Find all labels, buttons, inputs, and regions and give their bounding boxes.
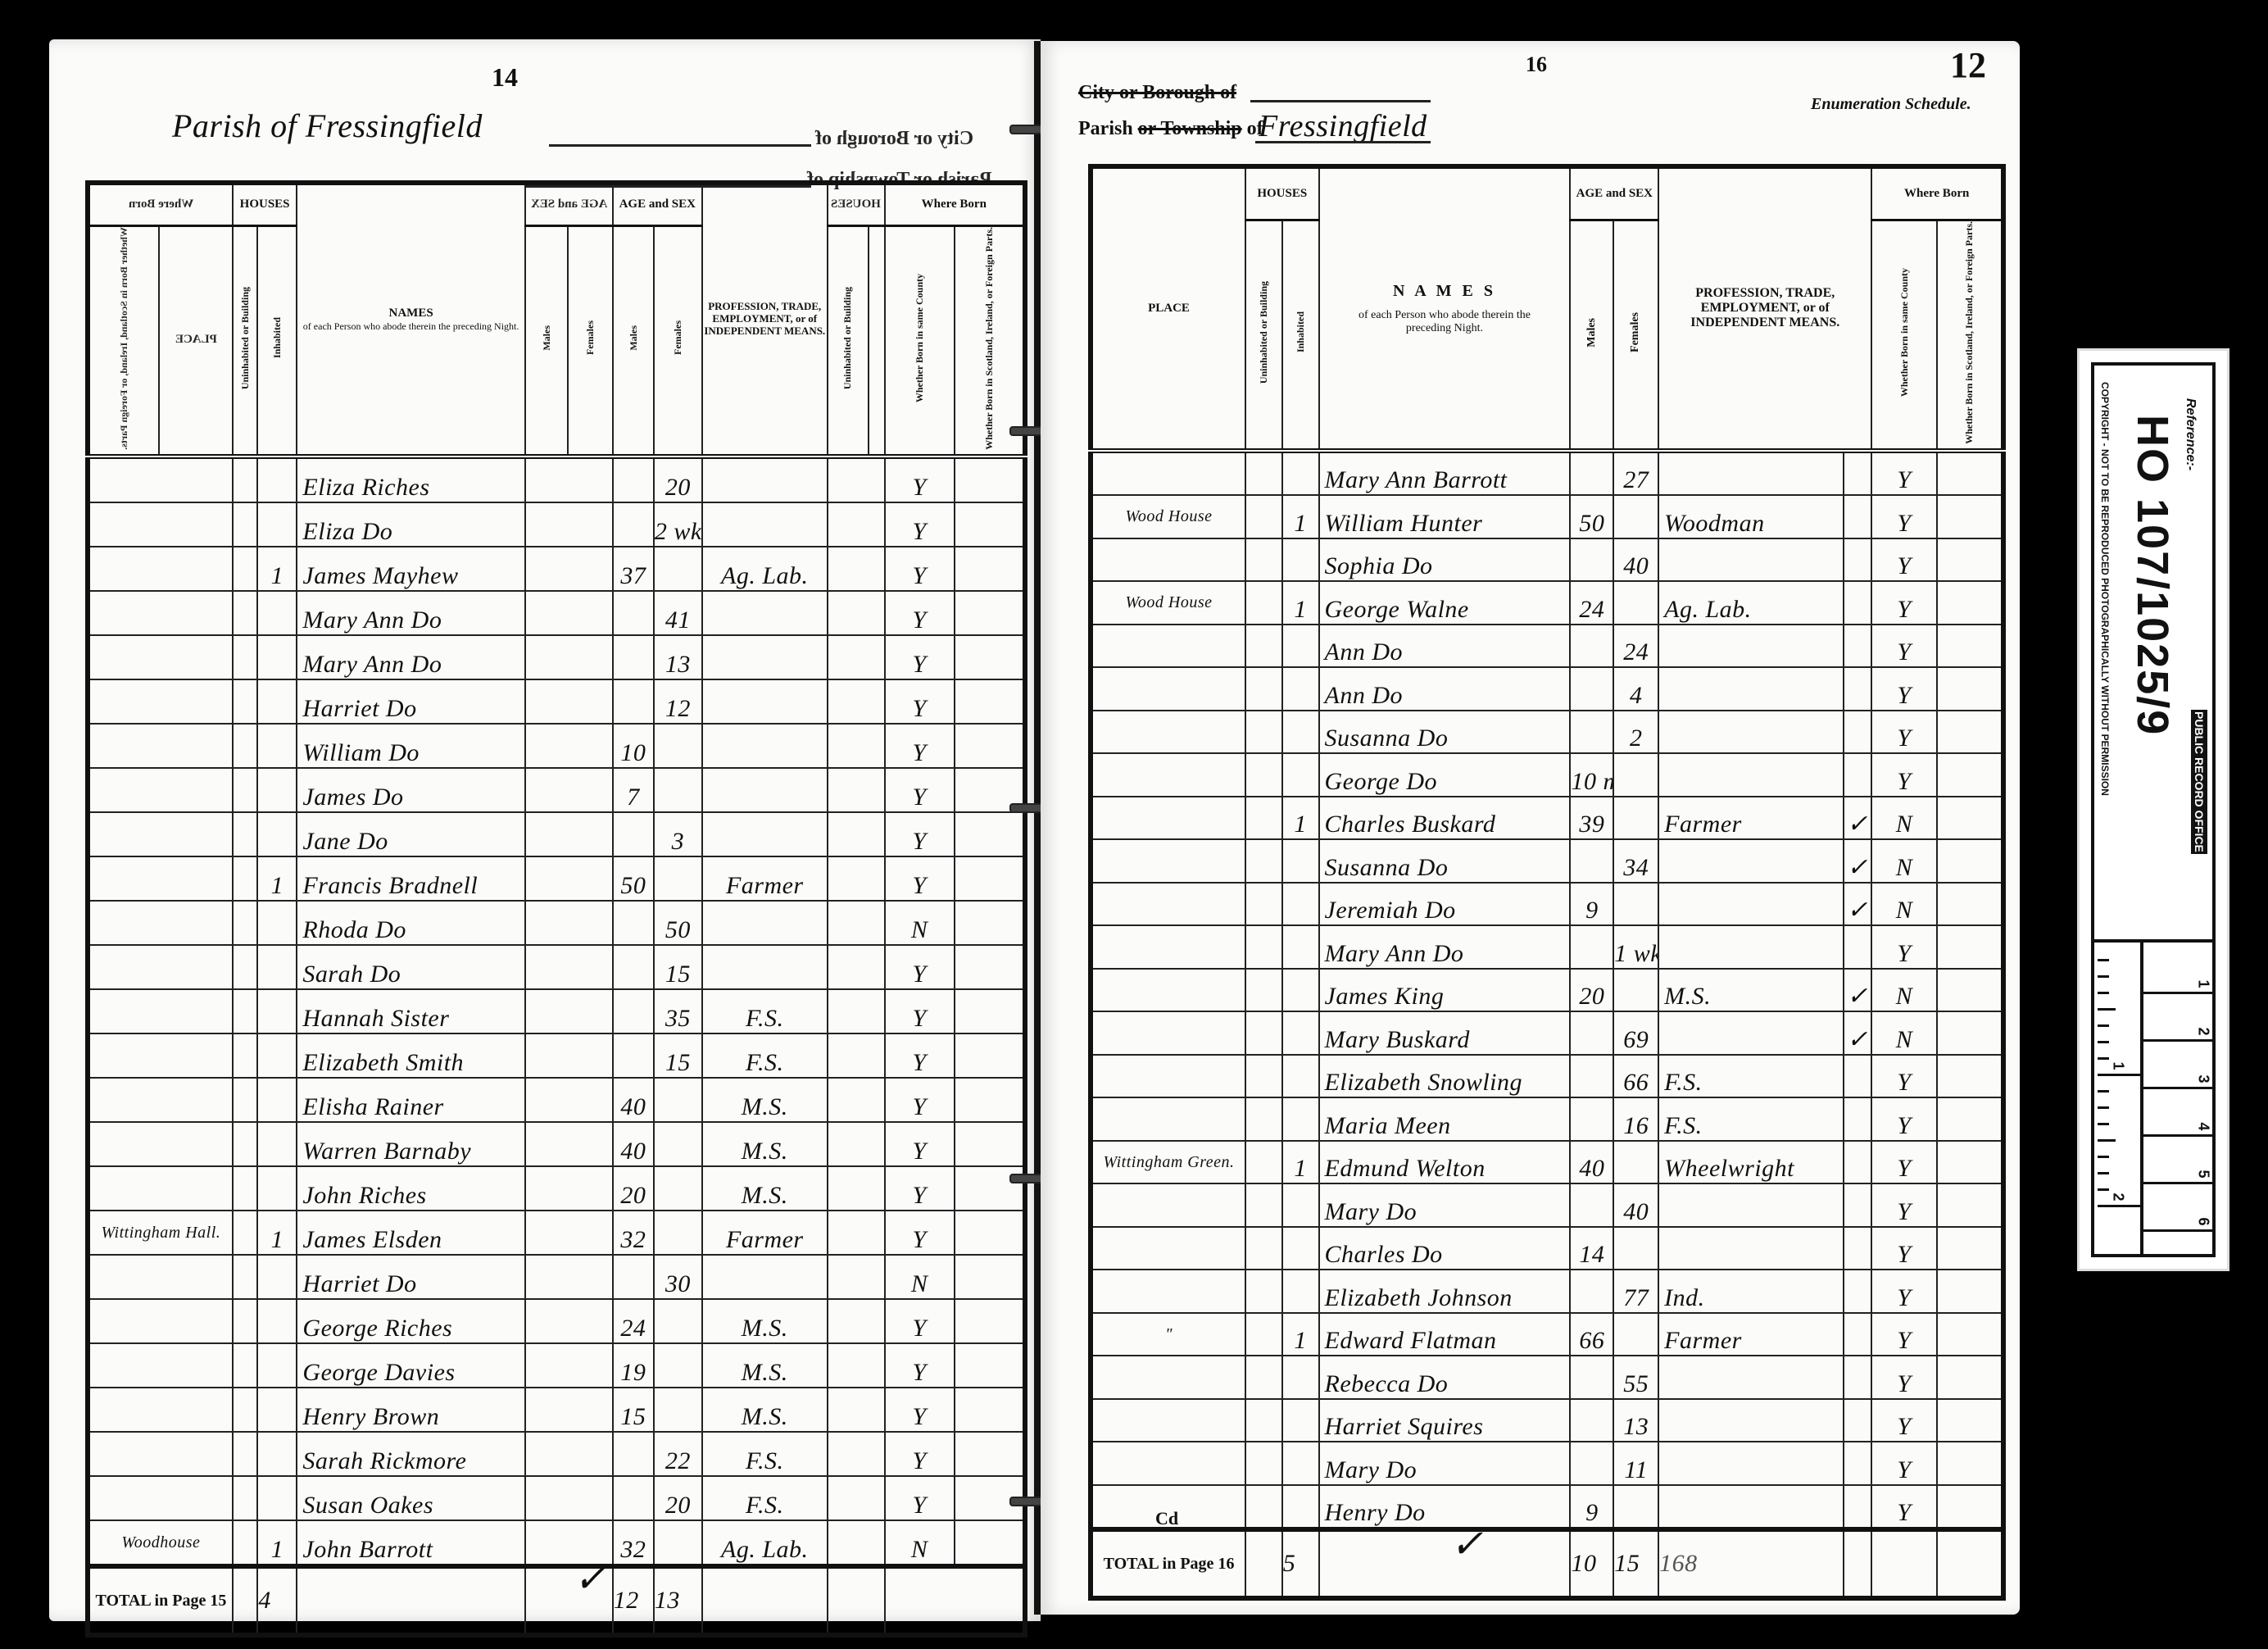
born-foreign-cell: [1937, 1485, 2003, 1530]
header-where-born-mirror: Where Born: [88, 183, 233, 225]
uninhabited-cell: [233, 1388, 258, 1432]
profession-cell: [702, 768, 828, 812]
uninhabited-cell: [1245, 538, 1282, 582]
check-mark-cell: [1844, 1399, 1872, 1442]
female-age-cell: [654, 1122, 702, 1166]
blank-cell: [525, 679, 613, 724]
born-foreign-cell: [955, 1255, 1025, 1299]
blank-cell: [525, 1166, 613, 1211]
blank-cell: [828, 989, 885, 1033]
name-cell: Jane Do: [297, 812, 524, 856]
male-age-cell: [613, 457, 654, 502]
check-mark-cell: [1844, 1183, 1872, 1227]
blank-cell: [525, 724, 613, 768]
table-row: Sarah Rickmore22F.S.Y: [88, 1432, 1025, 1476]
profession-cell: [1658, 925, 1844, 969]
inhabited-cell: [257, 1476, 297, 1520]
born-same-county-cell: Y: [1871, 925, 1936, 969]
inhabited-cell: [1282, 538, 1319, 582]
name-cell: Charles Do: [1319, 1227, 1571, 1270]
scale-ruler: 1 2 1 2 3 4 5 6: [2094, 939, 2212, 1254]
place-cell: [1091, 1097, 1245, 1141]
inhabited-cell: [257, 679, 297, 724]
blank-cell: [828, 856, 885, 901]
table-row: Henry Brown15M.S.Y: [88, 1388, 1025, 1432]
header-names: NAMESof each Person who abode therein th…: [297, 183, 524, 457]
born-same-county-cell: Y: [1871, 711, 1936, 754]
male-age-cell: [1570, 1399, 1613, 1442]
male-age-cell: [1570, 711, 1613, 754]
female-age-cell: [654, 1343, 702, 1388]
uninhabited-cell: [233, 1520, 258, 1566]
profession-cell: [1658, 883, 1844, 926]
male-age-cell: [613, 1432, 654, 1476]
uninhabited-cell: [1245, 1011, 1282, 1055]
inhabited-cell: [1282, 451, 1319, 496]
born-foreign-cell: [1937, 625, 2003, 668]
born-foreign-cell: [955, 1211, 1025, 1255]
born-foreign-cell: [1937, 1141, 2003, 1184]
name-cell: Eliza Do: [297, 502, 524, 547]
name-cell: Elizabeth Snowling: [1319, 1055, 1571, 1098]
place-cell: [88, 457, 233, 502]
name-cell: Edward Flatman: [1319, 1313, 1571, 1356]
inhabited-cell: [1282, 625, 1319, 668]
male-age-cell: 24: [613, 1299, 654, 1343]
name-cell: Harriet Squires: [1319, 1399, 1571, 1442]
uninhabited-cell: [233, 945, 258, 989]
male-age-cell: [613, 502, 654, 547]
name-cell: George Walne: [1319, 581, 1571, 625]
uninhabited-cell: [233, 591, 258, 635]
table-row: George Do10 mthsY: [1091, 753, 2003, 797]
inhabited-cell: [1282, 1011, 1319, 1055]
header-females: Females: [1613, 220, 1658, 451]
born-foreign-cell: [1937, 495, 2003, 538]
inhabited-cell: [257, 1388, 297, 1432]
born-same-county-cell: Y: [1871, 1055, 1936, 1098]
place-cell: [1091, 839, 1245, 883]
city-or-borough-label: City or Borough of: [815, 128, 973, 150]
inhabited-cell: [1282, 1097, 1319, 1141]
blank-cell: [828, 1343, 885, 1388]
blank-cell: [525, 768, 613, 812]
profession-cell: [1658, 1227, 1844, 1270]
uninhabited-cell: [1245, 883, 1282, 926]
born-same-county-cell: Y: [1871, 1442, 1936, 1485]
born-same-county-cell: Y: [1871, 1313, 1936, 1356]
profession-cell: [1658, 1399, 1844, 1442]
profession-cell: Woodman: [1658, 495, 1844, 538]
born-foreign-cell: [1937, 667, 2003, 711]
place-cell: [88, 635, 233, 679]
place-cell: [88, 1033, 233, 1078]
blank-cell: [525, 901, 613, 945]
male-age-cell: [1570, 925, 1613, 969]
uninhabited-cell: [233, 547, 258, 591]
inhabited-cell: [1282, 711, 1319, 754]
male-age-cell: [1570, 1270, 1613, 1313]
female-age-cell: 13: [654, 635, 702, 679]
check-mark-cell: [1844, 711, 1872, 754]
inhabited-cell: [1282, 883, 1319, 926]
born-foreign-cell: [1937, 451, 2003, 496]
place-cell: [88, 679, 233, 724]
uninhabited-cell: [1245, 753, 1282, 797]
table-row: 1Francis Bradnell50FarmerY: [88, 856, 1025, 901]
profession-cell: Wheelwright: [1658, 1141, 1844, 1184]
inhabited-cell: [257, 591, 297, 635]
blank-cell: [828, 1211, 885, 1255]
born-same-county-cell: Y: [1871, 581, 1936, 625]
female-age-cell: 1 wk: [1613, 925, 1658, 969]
name-cell: Mary Ann Do: [297, 591, 524, 635]
name-cell: William Do: [297, 724, 524, 768]
blank-cell: [828, 1078, 885, 1122]
inhabited-cell: 1: [1282, 797, 1319, 840]
female-age-cell: 55: [1613, 1356, 1658, 1399]
male-age-cell: [613, 635, 654, 679]
profession-cell: [1658, 753, 1844, 797]
page-number: 14: [492, 62, 518, 93]
profession-cell: F.S.: [702, 1476, 828, 1520]
born-foreign-cell: [955, 1078, 1025, 1122]
blank-cell: [828, 547, 885, 591]
name-cell: Susanna Do: [1319, 839, 1571, 883]
blank-cell: [525, 989, 613, 1033]
born-foreign-cell: [1937, 1097, 2003, 1141]
header-females-mirror: Females: [568, 225, 613, 457]
born-foreign-cell: [1937, 1055, 2003, 1098]
born-same-county-cell: N: [1871, 883, 1936, 926]
born-foreign-cell: [1937, 1313, 2003, 1356]
male-age-cell: [1570, 839, 1613, 883]
born-same-county-cell: Y: [885, 1166, 955, 1211]
name-cell: Mary Ann Do: [297, 635, 524, 679]
born-foreign-cell: [955, 1122, 1025, 1166]
inhabited-cell: [1282, 925, 1319, 969]
place-cell: [88, 989, 233, 1033]
male-age-cell: [1570, 1055, 1613, 1098]
table-row: Harriet Squires13Y: [1091, 1399, 2003, 1442]
name-cell: James King: [1319, 969, 1571, 1012]
table-row: Ann Do4Y: [1091, 667, 2003, 711]
place-cell: [88, 547, 233, 591]
header-profession: PROFESSION, TRADE, EMPLOYMENT, or of IND…: [702, 183, 828, 457]
female-age-cell: [654, 1166, 702, 1211]
table-row: Henry Do9Y: [1091, 1485, 2003, 1530]
uninhabited-cell: [1245, 797, 1282, 840]
profession-cell: M.S.: [702, 1078, 828, 1122]
table-row: Sophia Do40Y: [1091, 538, 2003, 582]
table-row: Sarah Do15Y: [88, 945, 1025, 989]
male-age-cell: 20: [613, 1166, 654, 1211]
male-age-cell: 40: [613, 1078, 654, 1122]
born-same-county-cell: N: [885, 1520, 955, 1566]
table-row: Charles Do14Y: [1091, 1227, 2003, 1270]
place-cell: Wittingham Green.: [1091, 1141, 1245, 1184]
blank-cell: [828, 1255, 885, 1299]
female-age-cell: [1613, 797, 1658, 840]
place-cell: [1091, 1011, 1245, 1055]
folio-number: 12: [1950, 44, 1986, 86]
table-row: 1Charles Buskard39Farmer✓N: [1091, 797, 2003, 840]
place-cell: [1091, 1442, 1245, 1485]
male-age-cell: [613, 1033, 654, 1078]
place-cell: [88, 1432, 233, 1476]
name-cell: John Barrott: [297, 1520, 524, 1566]
table-row: Mary Ann Barrott27Y: [1091, 451, 2003, 496]
inhabited-cell: 1: [257, 856, 297, 901]
female-age-cell: [654, 768, 702, 812]
place-cell: [1091, 969, 1245, 1012]
female-age-cell: 15: [654, 945, 702, 989]
right-census-page: 16 12 City or Borough of Parish or Towns…: [1041, 41, 2020, 1615]
name-cell: Rhoda Do: [297, 901, 524, 945]
uninhabited-cell: [1245, 495, 1282, 538]
table-row: James King20M.S.✓N: [1091, 969, 2003, 1012]
female-age-cell: 2 wk: [654, 502, 702, 547]
blank-cell: [828, 1299, 885, 1343]
male-age-cell: 50: [1570, 495, 1613, 538]
inhabited-cell: 1: [257, 547, 297, 591]
uninhabited-cell: [1245, 581, 1282, 625]
header-profession: PROFESSION, TRADE, EMPLOYMENT, or of IND…: [1658, 166, 1871, 451]
male-age-cell: [1570, 1442, 1613, 1485]
male-age-cell: [613, 1255, 654, 1299]
left-census-table: Where Born HOUSES NAMESof each Person wh…: [85, 180, 1027, 1638]
header-place: PLACE: [159, 225, 233, 457]
blank-cell: [525, 457, 613, 502]
inhabited-cell: [257, 1299, 297, 1343]
blank-cell: [525, 1078, 613, 1122]
place-cell: Woodhouse: [88, 1520, 233, 1566]
reference-card: Reference:- HO 107/1025/9 PUBLIC RECORD …: [2077, 348, 2229, 1271]
uninhabited-cell: [233, 1432, 258, 1476]
check-mark-cell: [1844, 1227, 1872, 1270]
profession-cell: [702, 502, 828, 547]
born-same-county-cell: N: [885, 1255, 955, 1299]
name-cell: Mary Do: [1319, 1442, 1571, 1485]
male-age-cell: [1570, 451, 1613, 496]
inhabited-cell: [1282, 667, 1319, 711]
place-cell: [1091, 1270, 1245, 1313]
page-number: 16: [1526, 52, 1547, 77]
header-uninhabited: Uninhabited or Building: [1245, 220, 1282, 451]
name-cell: Francis Bradnell: [297, 856, 524, 901]
male-age-cell: [613, 1476, 654, 1520]
born-foreign-cell: [955, 989, 1025, 1033]
inhabited-cell: 1: [1282, 1141, 1319, 1184]
uninhabited-cell: [233, 1122, 258, 1166]
place-cell: [1091, 538, 1245, 582]
name-cell: James Elsden: [297, 1211, 524, 1255]
born-same-county-cell: Y: [885, 1476, 955, 1520]
born-foreign-cell: [1937, 969, 2003, 1012]
profession-cell: [702, 901, 828, 945]
female-age-cell: [1613, 883, 1658, 926]
name-cell: John Riches: [297, 1166, 524, 1211]
uninhabited-cell: [1245, 451, 1282, 496]
male-age-cell: 10: [613, 724, 654, 768]
born-same-county-cell: Y: [1871, 451, 1936, 496]
place-cell: [88, 1476, 233, 1520]
table-row: Mary Ann Do13Y: [88, 635, 1025, 679]
table-row: Susan Oakes20F.S.Y: [88, 1476, 1025, 1520]
header-uninhabited: Uninhabited or Building: [233, 225, 258, 457]
born-same-county-cell: Y: [885, 856, 955, 901]
born-same-county-cell: Y: [885, 724, 955, 768]
profession-cell: F.S.: [1658, 1097, 1844, 1141]
name-cell: Sarah Rickmore: [297, 1432, 524, 1476]
total-label: TOTAL in Page 16: [1091, 1529, 1245, 1598]
profession-cell: M.S.: [702, 1122, 828, 1166]
place-cell: [1091, 667, 1245, 711]
table-row: Elizabeth Snowling66F.S.Y: [1091, 1055, 2003, 1098]
table-row: John Riches20M.S.Y: [88, 1166, 1025, 1211]
born-same-county-cell: Y: [885, 945, 955, 989]
uninhabited-cell: [1245, 1097, 1282, 1141]
male-age-cell: 40: [613, 1122, 654, 1166]
profession-cell: F.S.: [702, 1432, 828, 1476]
female-age-cell: 66: [1613, 1055, 1658, 1098]
inhabited-cell: [1282, 1442, 1319, 1485]
female-age-cell: [1613, 969, 1658, 1012]
uninhabited-cell: [1245, 1313, 1282, 1356]
blank-cell: [525, 502, 613, 547]
name-cell: Hannah Sister: [297, 989, 524, 1033]
profession-cell: [1658, 1356, 1844, 1399]
female-age-cell: [1613, 581, 1658, 625]
blank-cell: [525, 1432, 613, 1476]
born-foreign-cell: [1937, 1183, 2003, 1227]
female-age-cell: 4: [1613, 667, 1658, 711]
male-age-cell: 20: [1570, 969, 1613, 1012]
inhabited-cell: [257, 1122, 297, 1166]
uninhabited-cell: [233, 1166, 258, 1211]
born-foreign-cell: [1937, 797, 2003, 840]
profession-cell: [1658, 839, 1844, 883]
born-same-county-cell: N: [1871, 969, 1936, 1012]
female-age-cell: [654, 1520, 702, 1566]
male-age-cell: [613, 591, 654, 635]
born-foreign-cell: [955, 457, 1025, 502]
check-mark-cell: [1844, 1313, 1872, 1356]
blank-cell: [525, 1211, 613, 1255]
born-foreign-cell: [955, 724, 1025, 768]
header-males-mirror: Males: [525, 225, 568, 457]
born-foreign-cell: [1937, 883, 2003, 926]
born-same-county-cell: Y: [885, 1432, 955, 1476]
female-age-cell: 20: [654, 457, 702, 502]
profession-cell: [702, 724, 828, 768]
inhabited-cell: [257, 1166, 297, 1211]
inhabited-cell: [1282, 1055, 1319, 1098]
female-age-cell: 16: [1613, 1097, 1658, 1141]
born-foreign-cell: [1937, 839, 2003, 883]
blank-cell: [828, 591, 885, 635]
profession-cell: [702, 945, 828, 989]
blank-cell: [525, 1033, 613, 1078]
inhabited-cell: [1282, 839, 1319, 883]
female-age-cell: [1613, 1227, 1658, 1270]
table-row: Mary Buskard69✓N: [1091, 1011, 2003, 1055]
born-same-county-cell: N: [1871, 797, 1936, 840]
male-age-cell: 40: [1570, 1141, 1613, 1184]
male-age-cell: 7: [613, 768, 654, 812]
header-same-county: Whether Born in same County: [1871, 220, 1936, 451]
uninhabited-cell: [1245, 925, 1282, 969]
inhabited-cell: [1282, 1485, 1319, 1530]
header-scotland: Whether Born in Scotland, Ireland, or Fo…: [955, 225, 1025, 457]
total-females: 13: [654, 1566, 702, 1635]
place-cell: Wood House: [1091, 581, 1245, 625]
profession-cell: Farmer: [1658, 797, 1844, 840]
blank-cell: [828, 502, 885, 547]
born-foreign-cell: [955, 635, 1025, 679]
uninhabited-cell: [1245, 1442, 1282, 1485]
table-row: "1Edward Flatman66FarmerY: [1091, 1313, 2003, 1356]
enumeration-schedule-label: Enumeration Schedule.: [1811, 95, 1971, 114]
born-foreign-cell: [955, 1343, 1025, 1388]
uninhabited-cell: [233, 768, 258, 812]
place-cell: [1091, 797, 1245, 840]
male-age-cell: [1570, 1097, 1613, 1141]
reference-number: HO 107/1025/9: [2127, 415, 2178, 736]
profession-cell: Ag. Lab.: [1658, 581, 1844, 625]
header-where-born: Where Born: [885, 183, 1025, 225]
header-females: Females: [654, 225, 702, 457]
profession-cell: Farmer: [1658, 1313, 1844, 1356]
name-cell: Warren Barnaby: [297, 1122, 524, 1166]
uninhabited-cell: [233, 1033, 258, 1078]
male-age-cell: 66: [1570, 1313, 1613, 1356]
female-age-cell: [1613, 1313, 1658, 1356]
blank-cell: [525, 1255, 613, 1299]
place-cell: [1091, 1356, 1245, 1399]
name-cell: George Do: [1319, 753, 1571, 797]
check-mark-cell: [1844, 753, 1872, 797]
female-age-cell: [654, 1299, 702, 1343]
uninhabited-cell: [233, 1343, 258, 1388]
male-age-cell: 50: [613, 856, 654, 901]
born-foreign-cell: [955, 901, 1025, 945]
check-mark: ✓: [1450, 1521, 1483, 1567]
inhabited-cell: [257, 1033, 297, 1078]
parish-value: Fressingfield: [1259, 108, 1427, 144]
female-age-cell: [1613, 1485, 1658, 1530]
place-cell: [88, 768, 233, 812]
name-cell: George Davies: [297, 1343, 524, 1388]
born-same-county-cell: N: [1871, 1011, 1936, 1055]
profession-cell: [702, 591, 828, 635]
uninhabited-cell: [233, 502, 258, 547]
profession-cell: M.S.: [702, 1166, 828, 1211]
name-cell: Henry Brown: [297, 1388, 524, 1432]
profession-cell: Ag. Lab.: [702, 1520, 828, 1566]
place-cell: [1091, 1183, 1245, 1227]
born-same-county-cell: Y: [1871, 1227, 1936, 1270]
profession-cell: [1658, 711, 1844, 754]
female-age-cell: 40: [1613, 538, 1658, 582]
place-cell: [1091, 451, 1245, 496]
born-foreign-cell: [955, 1299, 1025, 1343]
place-cell: Wood House: [1091, 495, 1245, 538]
blank-cell: [525, 1122, 613, 1166]
female-age-cell: 30: [654, 1255, 702, 1299]
male-age-cell: [613, 679, 654, 724]
table-row: Warren Barnaby40M.S.Y: [88, 1122, 1025, 1166]
